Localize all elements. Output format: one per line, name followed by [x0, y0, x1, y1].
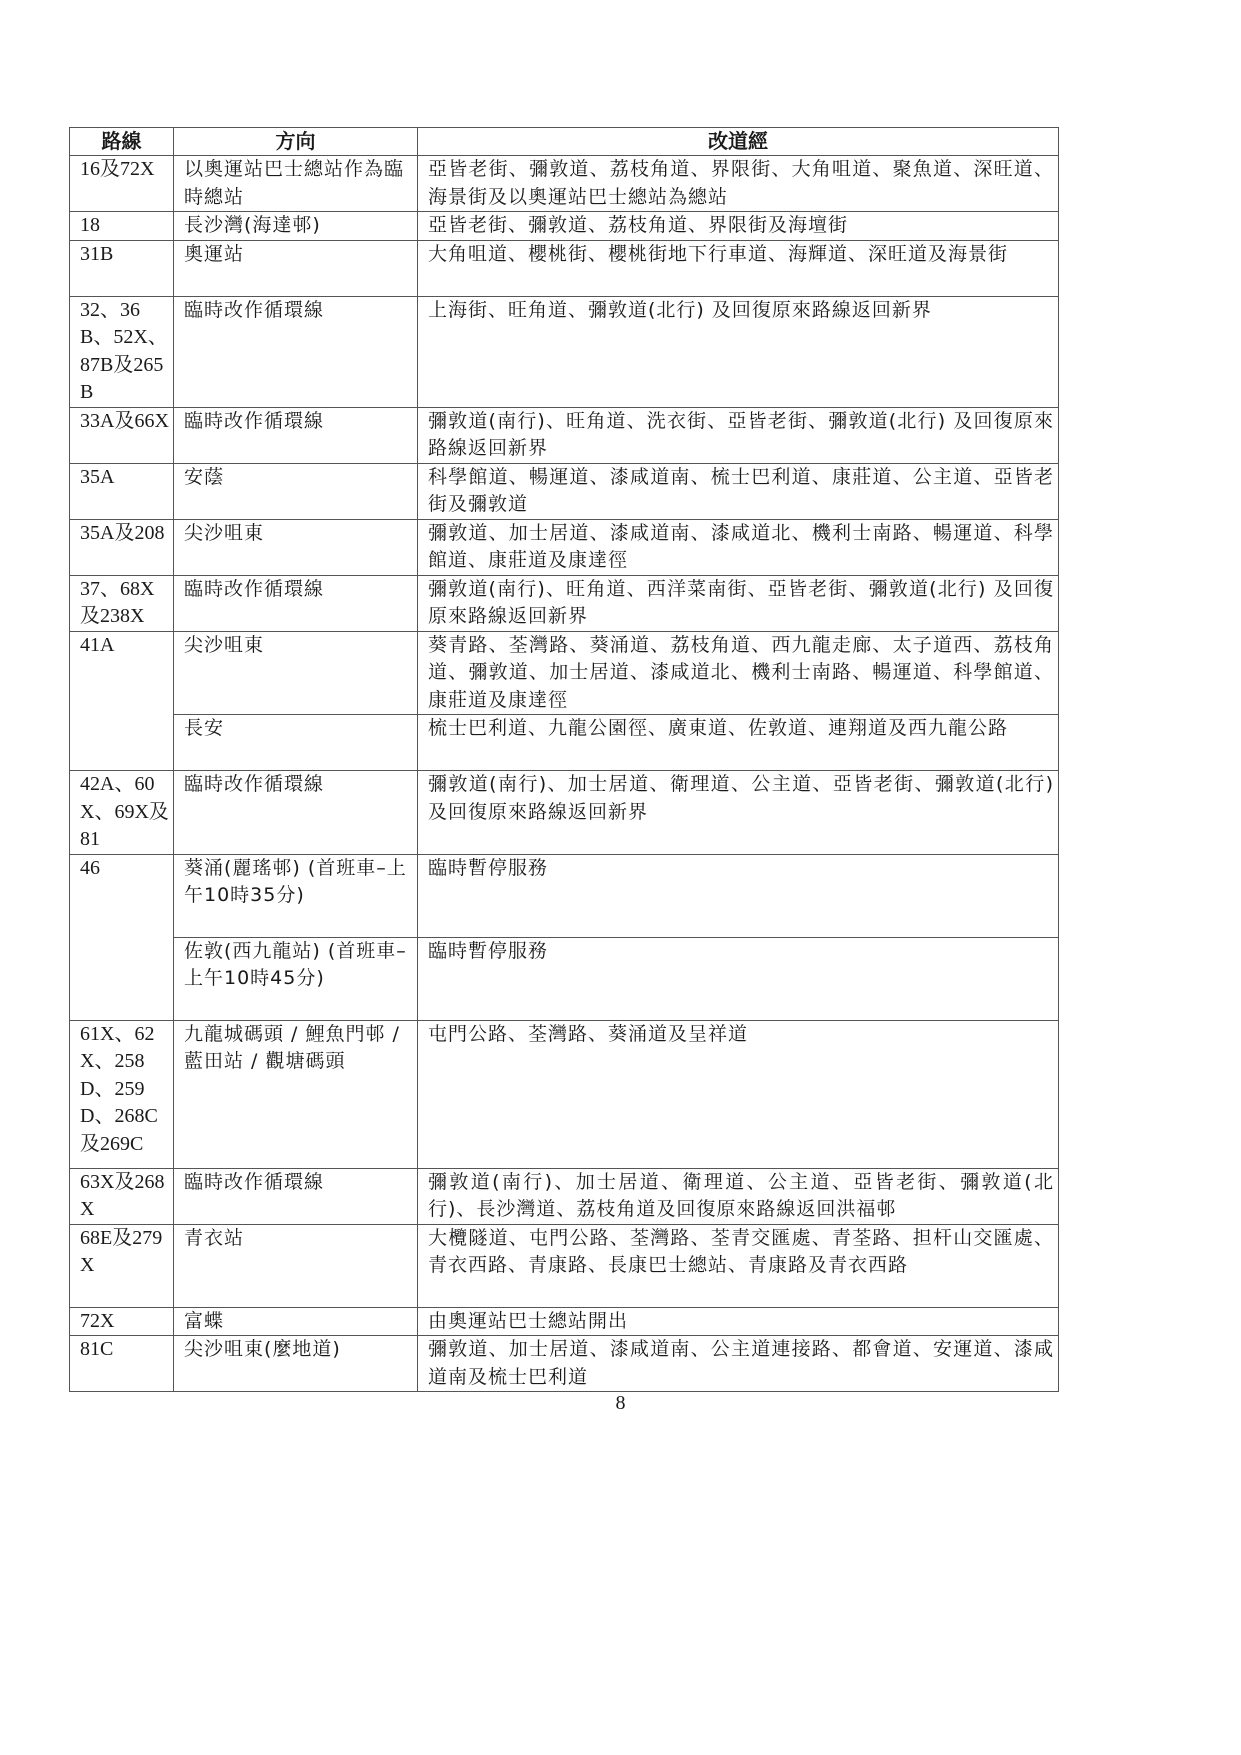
diversion-cell: 亞皆老街、彌敦道、荔枝角道、界限街、大角咀道、聚魚道、深旺道、海景街及以奧運站巴…: [418, 156, 1059, 212]
table-row: 46 葵涌(麗瑤邨) (首班車–上午10時35分) 臨時暫停服務: [70, 854, 1059, 937]
direction-cell: 長沙灣(海達邨): [174, 212, 418, 241]
diversion-cell: 亞皆老街、彌敦道、荔枝角道、界限街及海壇街: [418, 212, 1059, 241]
header-direction: 方向: [174, 128, 418, 156]
direction-cell: 尖沙咀東(麼地道): [174, 1336, 418, 1392]
diversion-cell: 屯門公路、荃灣路、葵涌道及呈祥道: [418, 1020, 1059, 1168]
table-row: 81C 尖沙咀東(麼地道) 彌敦道、加士居道、漆咸道南、公主道連接路、都會道、安…: [70, 1336, 1059, 1392]
diversion-cell: 科學館道、暢運道、漆咸道南、梳士巴利道、康莊道、公主道、亞皆老街及彌敦道: [418, 463, 1059, 519]
table-header-row: 路線 方向 改道經: [70, 128, 1059, 156]
table-row: 61X、62X、258D、259D、268C及269C 九龍城碼頭 / 鯉魚門邨…: [70, 1020, 1059, 1168]
document-page: 路線 方向 改道經 16及72X 以奧運站巴士總站作為臨時總站 亞皆老街、彌敦道…: [69, 127, 1058, 1392]
table-row: 31B 奧運站 大角咀道、櫻桃街、櫻桃街地下行車道、海輝道、深旺道及海景街: [70, 240, 1059, 296]
table-row: 16及72X 以奧運站巴士總站作為臨時總站 亞皆老街、彌敦道、荔枝角道、界限街、…: [70, 156, 1059, 212]
direction-cell: 九龍城碼頭 / 鯉魚門邨 / 藍田站 / 觀塘碼頭: [174, 1020, 418, 1168]
route-cell: 18: [70, 212, 174, 241]
table-row: 33A及66X 臨時改作循環線 彌敦道(南行)、旺角道、洗衣街、亞皆老街、彌敦道…: [70, 407, 1059, 463]
diversion-cell: 臨時暫停服務: [418, 937, 1059, 1020]
direction-cell: 青衣站: [174, 1224, 418, 1307]
route-cell: 72X: [70, 1307, 174, 1336]
route-cell: 41A: [70, 631, 174, 771]
direction-cell: 富蝶: [174, 1307, 418, 1336]
diversion-cell: 葵青路、荃灣路、葵涌道、荔枝角道、西九龍走廊、太子道西、荔枝角道、彌敦道、加士居…: [418, 631, 1059, 715]
table-row: 37、68X及238X 臨時改作循環線 彌敦道(南行)、旺角道、西洋菜南街、亞皆…: [70, 575, 1059, 631]
route-diversion-table: 路線 方向 改道經 16及72X 以奧運站巴士總站作為臨時總站 亞皆老街、彌敦道…: [69, 127, 1059, 1392]
table-row: 63X及268X 臨時改作循環線 彌敦道(南行)、加士居道、衛理道、公主道、亞皆…: [70, 1168, 1059, 1224]
route-cell: 46: [70, 854, 174, 1020]
route-cell: 81C: [70, 1336, 174, 1392]
diversion-cell: 彌敦道、加士居道、漆咸道南、公主道連接路、都會道、安運道、漆咸道南及梳士巴利道: [418, 1336, 1059, 1392]
diversion-cell: 大欖隧道、屯門公路、荃灣路、荃青交匯處、青荃路、担杆山交匯處、青衣西路、青康路、…: [418, 1224, 1059, 1307]
direction-cell: 臨時改作循環線: [174, 575, 418, 631]
header-diversion: 改道經: [418, 128, 1059, 156]
table-row: 41A 尖沙咀東 葵青路、荃灣路、葵涌道、荔枝角道、西九龍走廊、太子道西、荔枝角…: [70, 631, 1059, 715]
diversion-cell: 大角咀道、櫻桃街、櫻桃街地下行車道、海輝道、深旺道及海景街: [418, 240, 1059, 296]
direction-cell: 以奧運站巴士總站作為臨時總站: [174, 156, 418, 212]
diversion-cell: 臨時暫停服務: [418, 854, 1059, 937]
route-cell: 68E及279X: [70, 1224, 174, 1307]
header-route: 路線: [70, 128, 174, 156]
diversion-cell: 彌敦道(南行)、加士居道、衛理道、公主道、亞皆老街、彌敦道(北行)、長沙灣道、荔…: [418, 1168, 1059, 1224]
table-row: 32、36B、52X、87B及265B 臨時改作循環線 上海街、旺角道、彌敦道(…: [70, 296, 1059, 407]
table-row: 18 長沙灣(海達邨) 亞皆老街、彌敦道、荔枝角道、界限街及海壇街: [70, 212, 1059, 241]
diversion-cell: 彌敦道(南行)、加士居道、衛理道、公主道、亞皆老街、彌敦道(北行)及回復原來路線…: [418, 771, 1059, 855]
direction-cell: 葵涌(麗瑤邨) (首班車–上午10時35分): [174, 854, 418, 937]
page-number: 8: [0, 1392, 1241, 1415]
direction-cell: 佐敦(西九龍站) (首班車–上午10時45分): [174, 937, 418, 1020]
direction-cell: 尖沙咀東: [174, 631, 418, 715]
route-cell: 37、68X及238X: [70, 575, 174, 631]
direction-cell: 臨時改作循環線: [174, 407, 418, 463]
route-cell: 32、36B、52X、87B及265B: [70, 296, 174, 407]
route-cell: 35A: [70, 463, 174, 519]
diversion-cell: 彌敦道(南行)、旺角道、西洋菜南街、亞皆老街、彌敦道(北行) 及回復原來路線返回…: [418, 575, 1059, 631]
diversion-cell: 梳士巴利道、九龍公園徑、廣東道、佐敦道、連翔道及西九龍公路: [418, 715, 1059, 771]
direction-cell: 安蔭: [174, 463, 418, 519]
table-row: 42A、60X、69X及81 臨時改作循環線 彌敦道(南行)、加士居道、衛理道、…: [70, 771, 1059, 855]
table-row: 35A及208 尖沙咀東 彌敦道、加士居道、漆咸道南、漆咸道北、機利士南路、暢運…: [70, 519, 1059, 575]
diversion-cell: 由奧運站巴士總站開出: [418, 1307, 1059, 1336]
diversion-cell: 彌敦道(南行)、旺角道、洗衣街、亞皆老街、彌敦道(北行) 及回復原來路線返回新界: [418, 407, 1059, 463]
route-cell: 33A及66X: [70, 407, 174, 463]
route-cell: 31B: [70, 240, 174, 296]
table-row: 72X 富蝶 由奧運站巴士總站開出: [70, 1307, 1059, 1336]
direction-cell: 奧運站: [174, 240, 418, 296]
diversion-cell: 上海街、旺角道、彌敦道(北行) 及回復原來路線返回新界: [418, 296, 1059, 407]
table-row: 68E及279X 青衣站 大欖隧道、屯門公路、荃灣路、荃青交匯處、青荃路、担杆山…: [70, 1224, 1059, 1307]
diversion-cell: 彌敦道、加士居道、漆咸道南、漆咸道北、機利士南路、暢運道、科學館道、康莊道及康達…: [418, 519, 1059, 575]
route-cell: 35A及208: [70, 519, 174, 575]
table-row: 佐敦(西九龍站) (首班車–上午10時45分) 臨時暫停服務: [70, 937, 1059, 1020]
direction-cell: 臨時改作循環線: [174, 1168, 418, 1224]
route-cell: 16及72X: [70, 156, 174, 212]
route-cell: 63X及268X: [70, 1168, 174, 1224]
direction-cell: 臨時改作循環線: [174, 296, 418, 407]
table-row: 長安 梳士巴利道、九龍公園徑、廣東道、佐敦道、連翔道及西九龍公路: [70, 715, 1059, 771]
route-cell: 61X、62X、258D、259D、268C及269C: [70, 1020, 174, 1168]
direction-cell: 臨時改作循環線: [174, 771, 418, 855]
direction-cell: 尖沙咀東: [174, 519, 418, 575]
table-row: 35A 安蔭 科學館道、暢運道、漆咸道南、梳士巴利道、康莊道、公主道、亞皆老街及…: [70, 463, 1059, 519]
route-cell: 42A、60X、69X及81: [70, 771, 174, 855]
direction-cell: 長安: [174, 715, 418, 771]
